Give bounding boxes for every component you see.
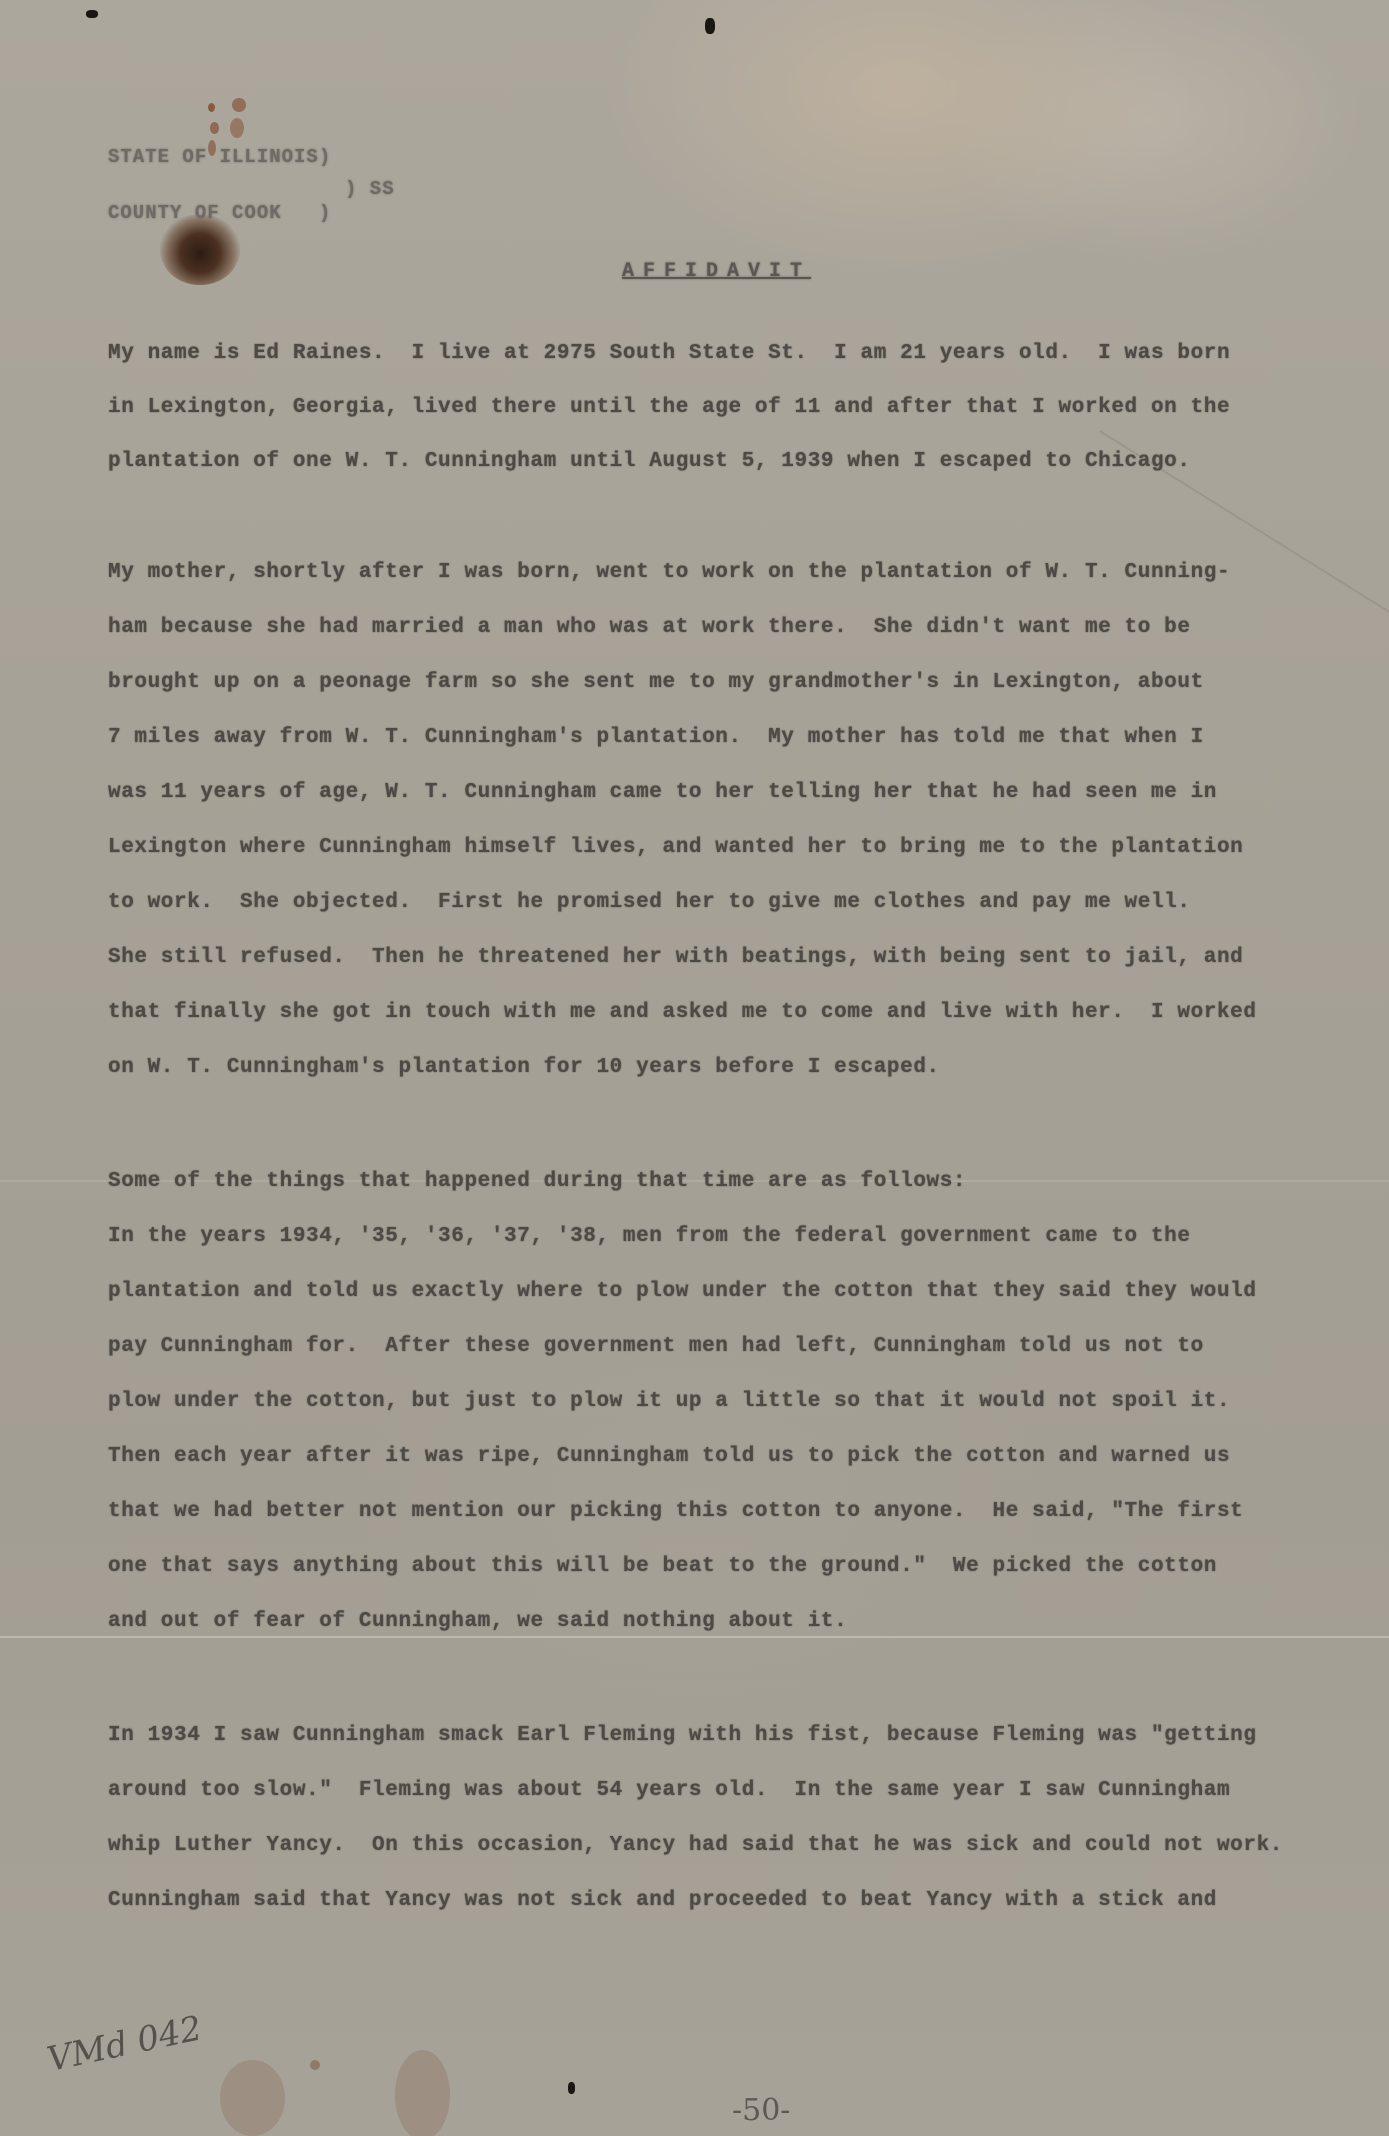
text-line: 7 miles away from W. T. Cunningham's pla…	[108, 726, 1204, 749]
stain-dot	[210, 122, 219, 134]
water-stain	[395, 2050, 450, 2136]
stain-dot	[208, 103, 215, 112]
paper-hole	[705, 18, 715, 34]
text-line: and out of fear of Cunningham, we said n…	[108, 1610, 847, 1633]
water-stain	[220, 2060, 285, 2136]
stain-dot	[230, 118, 244, 138]
text-line: In the years 1934, '35, '36, '37, '38, m…	[108, 1225, 1191, 1248]
paper-hole	[568, 2082, 575, 2094]
text-line: She still refused. Then he threatened he…	[108, 946, 1243, 969]
text-line: plow under the cotton, but just to plow …	[108, 1390, 1230, 1413]
text-line: Lexington where Cunningham himself lives…	[108, 836, 1243, 859]
text-line: around too slow." Fleming was about 54 y…	[108, 1779, 1230, 1802]
caption-county: COUNTY OF COOK )	[108, 202, 331, 224]
paper-fold-line	[0, 1636, 1389, 1638]
text-line: that we had better not mention our picki…	[108, 1500, 1243, 1523]
text-line: My name is Ed Raines. I live at 2975 Sou…	[108, 342, 1230, 365]
page-number: -50-	[732, 2093, 790, 2128]
text-line: Some of the things that happened during …	[108, 1170, 966, 1193]
text-line: brought up on a peonage farm so she sent…	[108, 671, 1204, 694]
stain-dot	[310, 2060, 320, 2070]
text-line: Then each year after it was ripe, Cunnin…	[108, 1445, 1230, 1468]
text-line: on W. T. Cunningham's plantation for 10 …	[108, 1056, 940, 1079]
text-line: plantation and told us exactly where to …	[108, 1280, 1257, 1303]
text-line: In 1934 I saw Cunningham smack Earl Flem…	[108, 1724, 1257, 1747]
paper-hole	[86, 10, 98, 18]
stain-dot	[232, 98, 246, 112]
burn-stain	[160, 215, 240, 285]
text-line: to work. She objected. First he promised…	[108, 891, 1191, 914]
text-line: in Lexington, Georgia, lived there until…	[108, 396, 1230, 419]
document-title: AFFIDAVIT	[622, 260, 811, 283]
text-line: was 11 years of age, W. T. Cunningham ca…	[108, 781, 1217, 804]
text-line: Cunningham said that Yancy was not sick …	[108, 1889, 1217, 1912]
text-line: ham because she had married a man who wa…	[108, 616, 1191, 639]
text-line: one that says anything about this will b…	[108, 1555, 1217, 1578]
text-line: My mother, shortly after I was born, wen…	[108, 561, 1230, 584]
text-line: plantation of one W. T. Cunningham until…	[108, 450, 1191, 473]
caption-ss: ) SS	[345, 178, 395, 200]
text-line: that finally she got in touch with me an…	[108, 1001, 1257, 1024]
caption-state: STATE OF ILLINOIS)	[108, 146, 331, 168]
text-line: whip Luther Yancy. On this occasion, Yan…	[108, 1834, 1283, 1857]
text-line: pay Cunningham for. After these governme…	[108, 1335, 1204, 1358]
